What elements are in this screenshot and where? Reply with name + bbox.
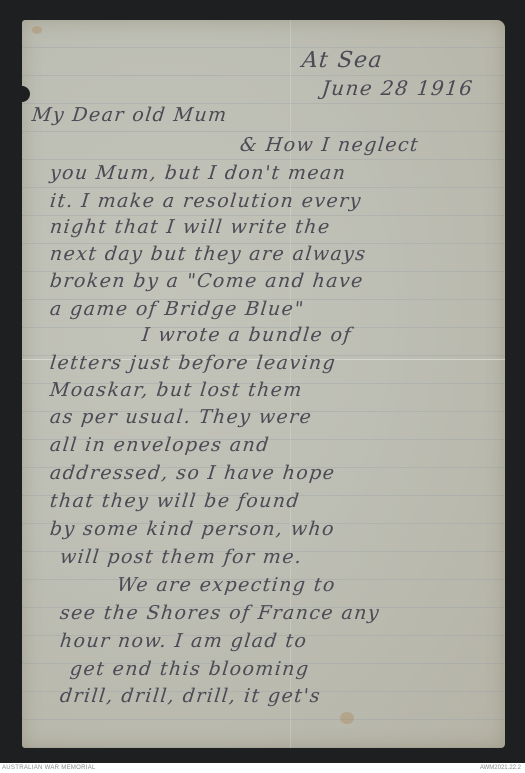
letter-line: I wrote a bundle of bbox=[141, 324, 353, 346]
punch-hole bbox=[22, 86, 30, 102]
footer-bar: AUSTRALIAN WAR MEMORIAL AWM2021.22.2 bbox=[0, 763, 525, 773]
letter-line: as per usual. They were bbox=[49, 406, 314, 428]
letter-location: At Sea bbox=[301, 48, 385, 73]
letter-line: broken by a "Come and have bbox=[49, 270, 365, 292]
institution-credit: AUSTRALIAN WAR MEMORIAL bbox=[2, 763, 96, 773]
letter-line: will post them for me. bbox=[59, 546, 304, 568]
letter-line: a game of Bridge Blue" bbox=[49, 298, 306, 320]
paper-stain bbox=[32, 26, 42, 34]
accession-number: AWM2021.22.2 bbox=[480, 763, 521, 773]
letter-line: drill, drill, drill, it get's bbox=[59, 685, 322, 707]
letter-line: you Mum, but I don't mean bbox=[49, 162, 348, 184]
letter-date: June 28 1916 bbox=[321, 76, 475, 100]
letter-line: it. I make a resolution every bbox=[49, 190, 363, 212]
letter-line: hour now. I am glad to bbox=[59, 630, 309, 652]
letter-line: addressed, so I have hope bbox=[49, 462, 337, 484]
letter-salutation: My Dear old Mum bbox=[31, 104, 229, 126]
letter-line: Moaskar, but lost them bbox=[49, 379, 304, 401]
letter-line: by some kind person, who bbox=[49, 518, 336, 540]
letter-line: that they will be found bbox=[49, 490, 301, 512]
letter-line: get end this blooming bbox=[69, 658, 311, 680]
letter-line: & How I neglect bbox=[239, 134, 420, 156]
paper-stain bbox=[340, 712, 354, 724]
letter-line: letters just before leaving bbox=[49, 352, 337, 374]
letter-line: next day but they are always bbox=[49, 243, 368, 265]
letter-line: night that I will write the bbox=[49, 216, 332, 238]
document-viewer: At Sea June 28 1916 My Dear old Mum & Ho… bbox=[0, 0, 525, 763]
letter-line: all in envelopes and bbox=[49, 434, 271, 456]
letter-line: see the Shores of France any bbox=[59, 602, 381, 624]
letter-page: At Sea June 28 1916 My Dear old Mum & Ho… bbox=[22, 20, 505, 748]
letter-line: We are expecting to bbox=[116, 574, 337, 596]
